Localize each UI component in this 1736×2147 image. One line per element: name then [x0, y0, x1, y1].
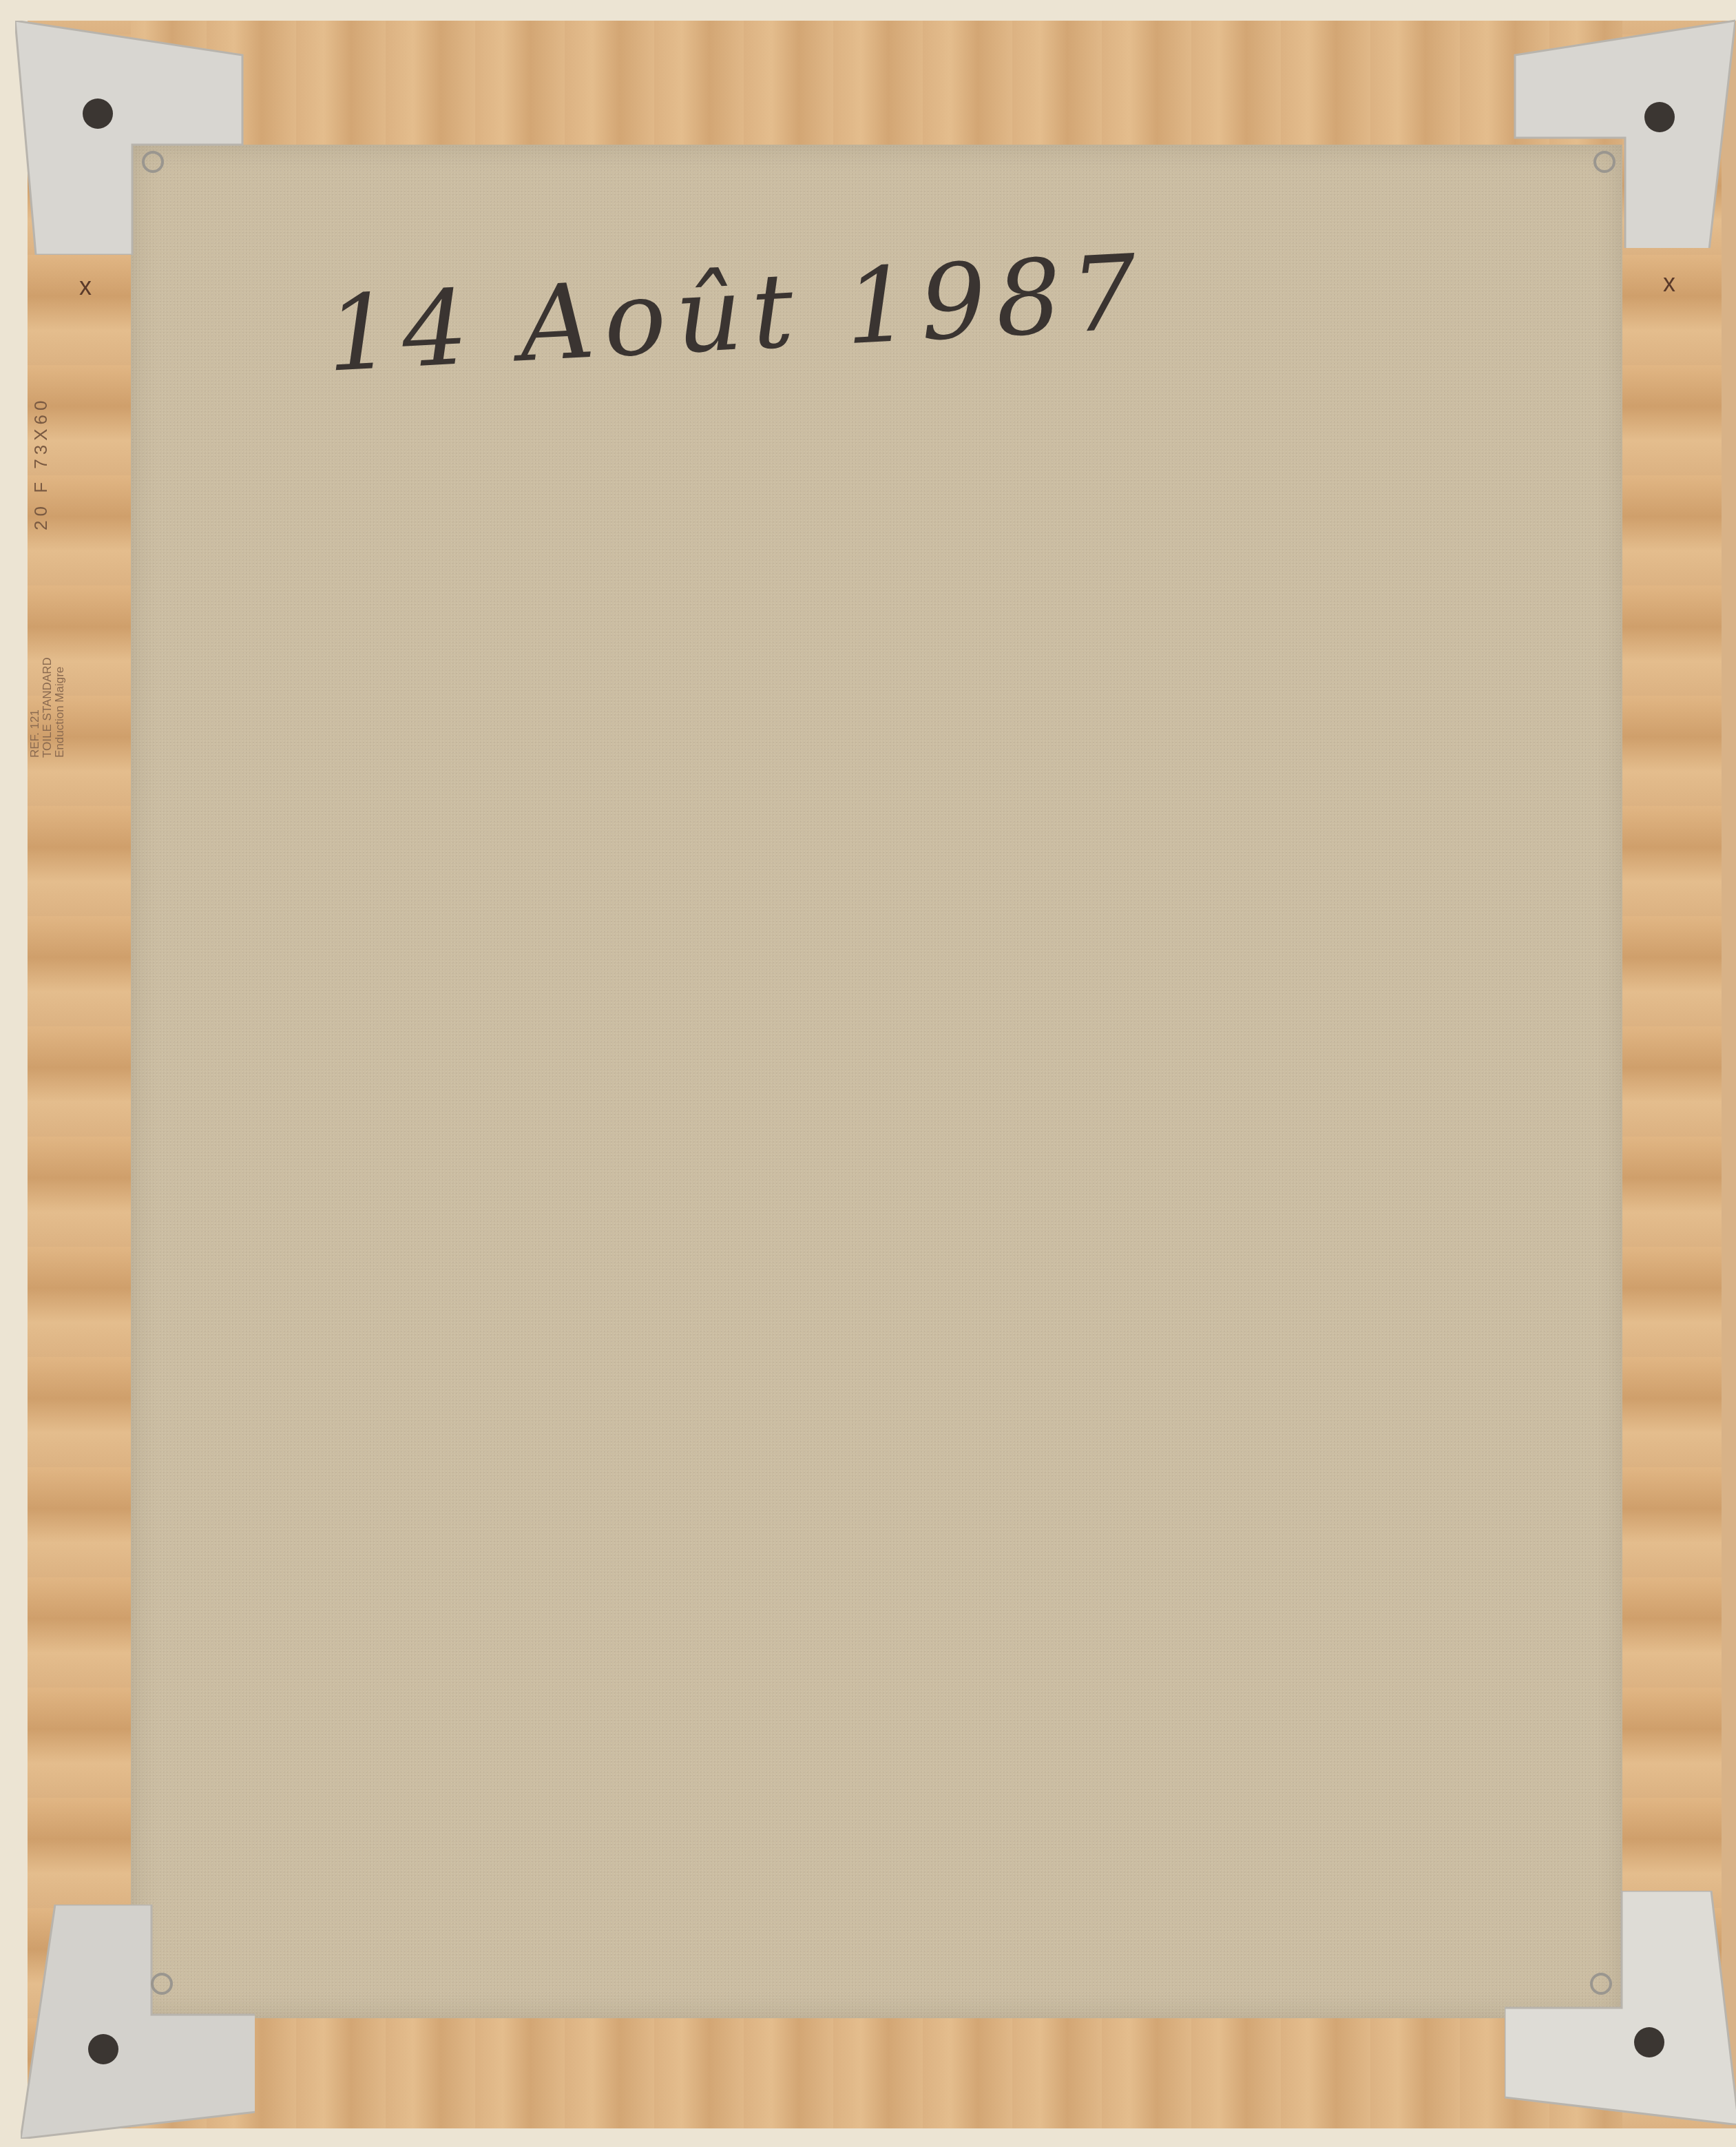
stamp-size: 20 F 73X60 — [34, 397, 47, 530]
painting-back: 14 Août 1987 REF. 121 TOILE STANDARD End… — [0, 0, 1736, 2147]
corner-bracket-top-right — [1501, 14, 1735, 248]
stamp-toile: TOILE STANDARD — [41, 657, 54, 758]
canvas-edge-top — [0, 0, 1736, 21]
corner-bracket-bottom-left — [21, 1905, 255, 2139]
canvas-edge-bottom — [0, 2128, 1736, 2147]
stamp-enduction: Enduction Maigre — [54, 657, 66, 758]
corner-bracket-bottom-right — [1505, 1891, 1736, 2125]
corner-bracket-top-left — [15, 21, 249, 255]
screw-icon — [1644, 102, 1675, 132]
pencil-mark-right: x — [1663, 269, 1675, 298]
pencil-mark-left: x — [79, 272, 92, 301]
screw-icon — [1634, 2027, 1664, 2057]
stretcher-bar-top — [28, 21, 1722, 145]
canvas-edge-left — [0, 0, 28, 2147]
stretcher-stamp: REF. 121 TOILE STANDARD Enduction Maigre… — [29, 657, 66, 758]
canvas-back — [131, 145, 1622, 2018]
stamp-ref: REF. 121 — [29, 657, 41, 758]
stretcher-bar-left — [28, 21, 131, 2128]
stretcher-bar-right — [1622, 21, 1722, 2128]
screw-icon — [83, 98, 113, 129]
screw-icon — [88, 2034, 118, 2064]
stretcher-bar-bottom — [28, 2018, 1722, 2128]
